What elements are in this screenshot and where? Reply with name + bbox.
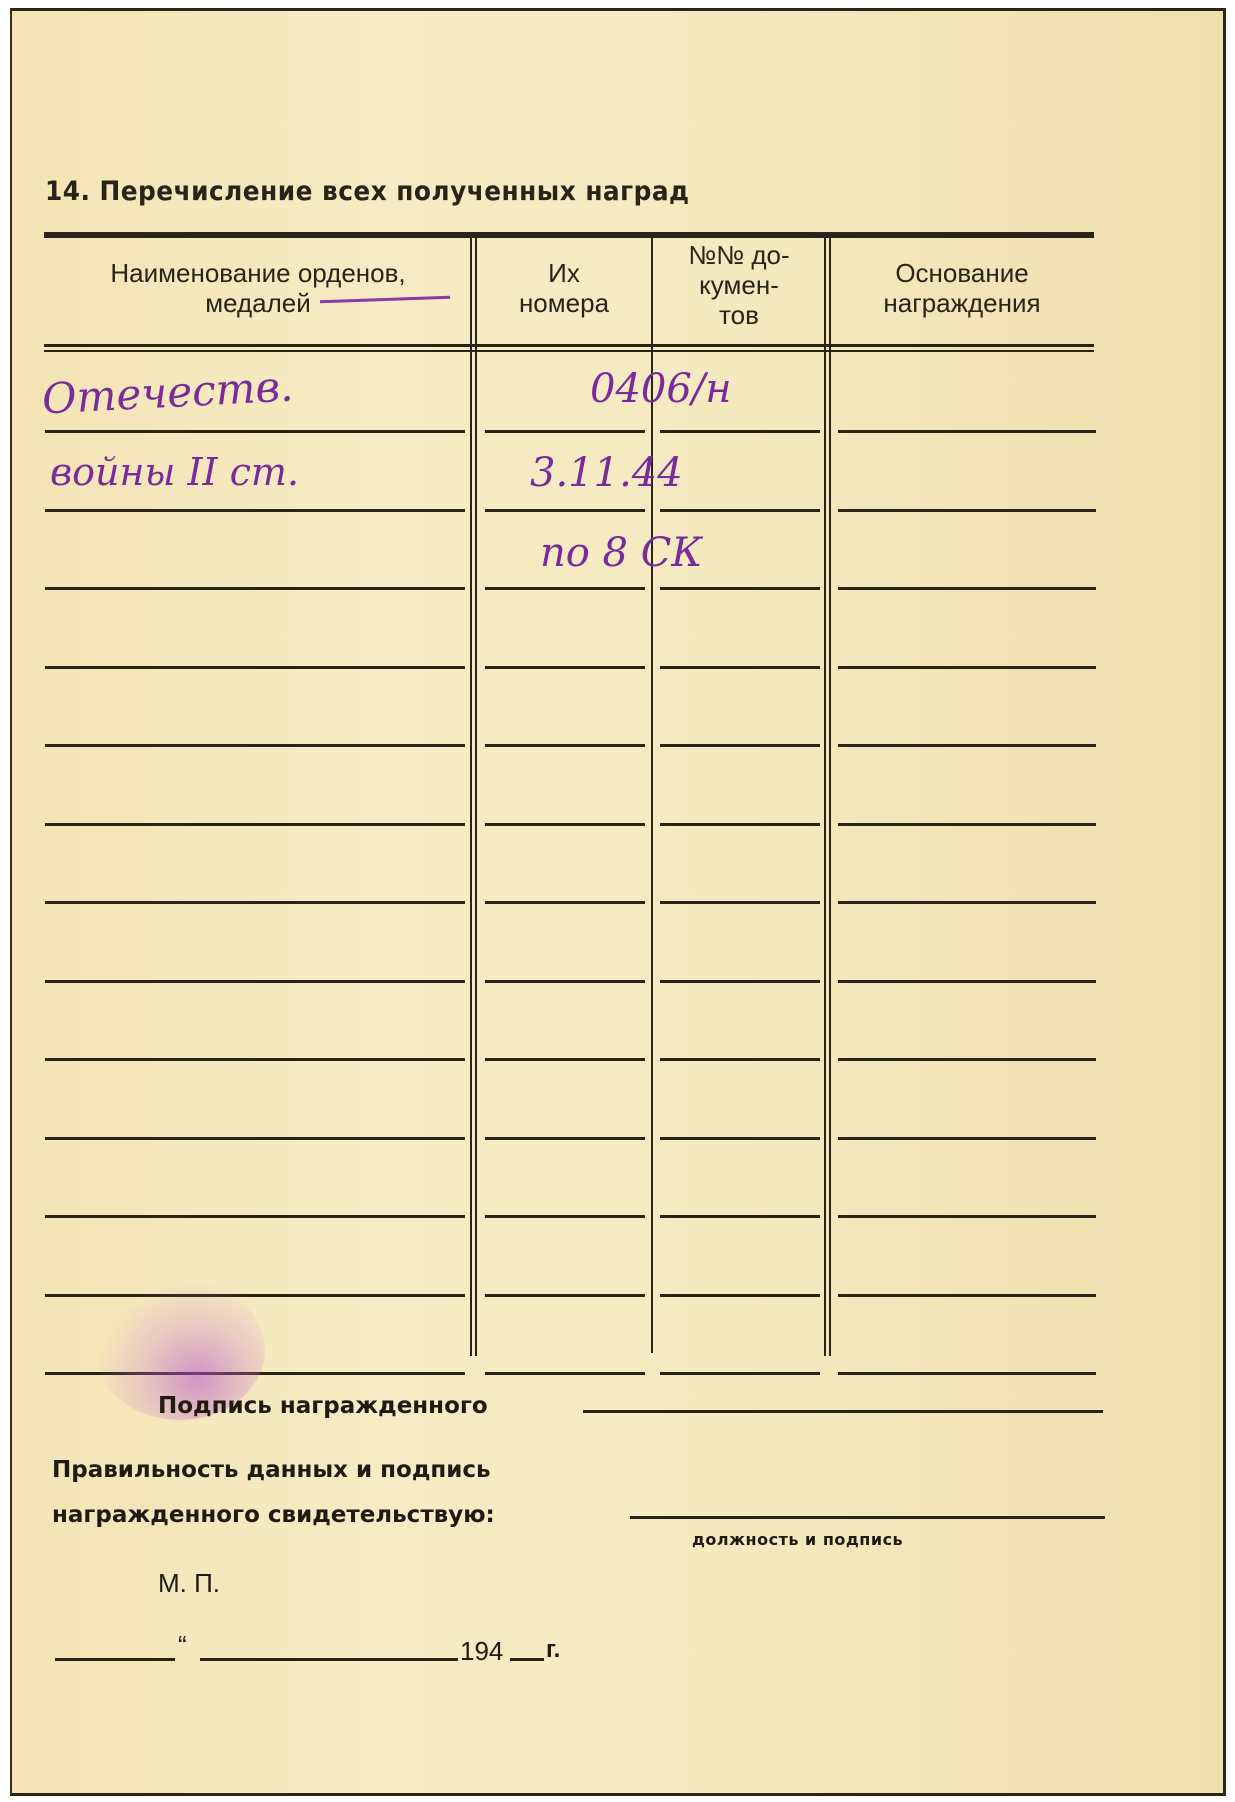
table-row-line <box>485 430 645 433</box>
table-row-line <box>45 901 465 904</box>
table-row-line <box>838 666 1096 669</box>
date-year-suffix: г. <box>546 1636 560 1664</box>
recipient-signature-label: Подпись награжденного <box>158 1393 488 1419</box>
date-month-line <box>200 1658 458 1661</box>
verification-label-line2: награжденного свидетельствую: <box>52 1502 495 1528</box>
table-row-line <box>485 666 645 669</box>
table-row-line <box>45 980 465 983</box>
table-row-line <box>45 823 465 826</box>
section-title: 14. Перечисление всех полученных наград <box>45 176 690 207</box>
table-top-rule <box>44 232 1094 238</box>
table-row-line <box>838 430 1096 433</box>
table-row-line <box>485 1294 645 1297</box>
seal-label: М. П. <box>158 1568 220 1599</box>
table-row-line <box>660 666 820 669</box>
header-numbers: Их номера <box>478 258 650 318</box>
table-row-line <box>838 980 1096 983</box>
date-year-line <box>510 1658 544 1661</box>
table-row-line <box>660 430 820 433</box>
table-row-line <box>485 1372 645 1375</box>
header-bottom-rule-2 <box>44 350 1094 352</box>
col-divider-1b <box>475 238 477 1356</box>
table-row-line <box>45 1215 465 1218</box>
table-row-line <box>660 744 820 747</box>
table-row-line <box>45 744 465 747</box>
position-signature-caption: должность и подпись <box>692 1530 903 1549</box>
table-row-line <box>660 587 820 590</box>
date-year-prefix: 194 <box>460 1636 503 1667</box>
table-row-line <box>45 509 465 512</box>
handwritten-award-name-2: войны II ст. <box>50 450 299 494</box>
col-divider-3b <box>829 238 831 1356</box>
header-document-numbers: №№ до- кумен- тов <box>654 240 824 330</box>
verifier-signature-line <box>630 1516 1105 1519</box>
table-row-line <box>45 430 465 433</box>
table-row-line <box>660 1215 820 1218</box>
table-row-line <box>45 1058 465 1061</box>
table-row-line <box>45 1137 465 1140</box>
table-row-line <box>660 509 820 512</box>
handwritten-number-1: 0406/н <box>590 366 732 412</box>
table-row-line <box>660 1137 820 1140</box>
header-award-name: Наименование орденов, медалей <box>48 258 468 318</box>
table-row-line <box>838 1372 1096 1375</box>
handwritten-number-2: 3.11.44 <box>530 450 683 496</box>
table-row-line <box>838 1294 1096 1297</box>
table-row-line <box>838 1215 1096 1218</box>
verification-label-line1: Правильность данных и подпись <box>52 1457 491 1483</box>
table-row-line <box>838 744 1096 747</box>
col-divider-1 <box>470 238 472 1356</box>
table-row-line <box>660 901 820 904</box>
date-open-quote: “ <box>178 1630 187 1661</box>
table-row-line <box>485 1215 645 1218</box>
table-row-line <box>660 823 820 826</box>
recipient-signature-line <box>583 1410 1103 1413</box>
table-row-line <box>838 1058 1096 1061</box>
table-row-line <box>660 1058 820 1061</box>
table-row-line <box>485 1137 645 1140</box>
table-row-line <box>485 509 645 512</box>
table-row-line <box>660 980 820 983</box>
table-row-line <box>838 823 1096 826</box>
table-row-line <box>485 744 645 747</box>
header-award-basis: Основание награждения <box>832 258 1092 318</box>
table-row-line <box>485 980 645 983</box>
handwritten-number-3: по 8 СК <box>540 530 702 576</box>
table-row-line <box>45 587 465 590</box>
table-row-line <box>838 587 1096 590</box>
table-row-line <box>838 901 1096 904</box>
table-row-line <box>838 509 1096 512</box>
table-row-line <box>485 823 645 826</box>
col-divider-3 <box>824 238 826 1356</box>
table-row-line <box>485 587 645 590</box>
table-row-line <box>660 1294 820 1297</box>
table-row-line <box>838 1137 1096 1140</box>
table-row-line <box>485 901 645 904</box>
table-row-line <box>45 666 465 669</box>
header-bottom-rule <box>44 344 1094 347</box>
table-row-line <box>45 1294 465 1297</box>
table-row-line <box>660 1372 820 1375</box>
date-day-line <box>55 1658 175 1661</box>
table-row-line <box>485 1058 645 1061</box>
